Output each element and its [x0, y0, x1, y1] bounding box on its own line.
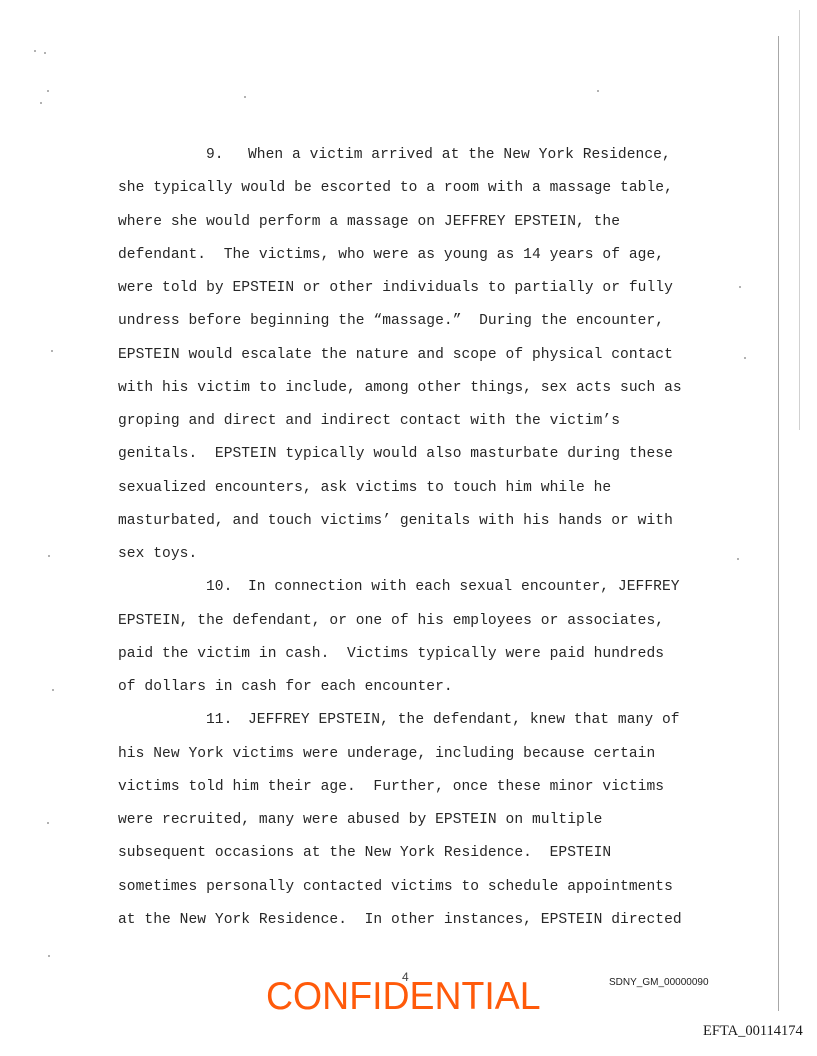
paragraph-number: 10. [206, 571, 248, 604]
paragraph-text: When a victim arrived at the New York Re… [248, 147, 671, 163]
scan-speck [47, 90, 49, 92]
paragraph-number: 9. [206, 139, 248, 172]
scan-margin-line [799, 10, 800, 430]
paragraph-line: sex toys. [118, 538, 758, 571]
scan-speck [51, 350, 53, 352]
paragraph-line: paid the victim in cash. Victims typical… [118, 638, 758, 671]
paragraph-line: sexualized encounters, ask victims to to… [118, 472, 758, 505]
scan-speck [244, 96, 246, 98]
bates-number: SDNY_GM_00000090 [609, 977, 709, 988]
paragraph-line: his New York victims were underage, incl… [118, 738, 758, 771]
paragraph-line: where she would perform a massage on JEF… [118, 206, 758, 239]
paragraph-number: 11. [206, 704, 248, 737]
paragraph-line: subsequent occasions at the New York Res… [118, 837, 758, 870]
paragraph-line: defendant. The victims, who were as youn… [118, 239, 758, 272]
document-page: 9.When a victim arrived at the New York … [0, 0, 817, 1056]
confidential-stamp: CONFIDENTIAL [266, 975, 541, 1019]
paragraph-line: 10.In connection with each sexual encoun… [118, 571, 758, 604]
scan-speck [34, 50, 36, 52]
scan-speck [48, 555, 50, 557]
paragraph-text: JEFFREY EPSTEIN, the defendant, knew tha… [248, 712, 680, 728]
paragraph-line: sometimes personally contacted victims t… [118, 871, 758, 904]
paragraph-line: 9.When a victim arrived at the New York … [118, 139, 758, 172]
paragraph-line: at the New York Residence. In other inst… [118, 904, 758, 937]
paragraph-line: EPSTEIN would escalate the nature and sc… [118, 339, 758, 372]
paragraph-line: masturbated, and touch victims’ genitals… [118, 505, 758, 538]
paragraph-line: were told by EPSTEIN or other individual… [118, 272, 758, 305]
paragraph-line: genitals. EPSTEIN typically would also m… [118, 438, 758, 471]
scan-speck [47, 822, 49, 824]
paragraph-line: 11.JEFFREY EPSTEIN, the defendant, knew … [118, 704, 758, 737]
scan-speck [597, 90, 599, 92]
scan-speck [52, 689, 54, 691]
document-body: 9.When a victim arrived at the New York … [118, 139, 758, 937]
paragraph-line: she typically would be escorted to a roo… [118, 172, 758, 205]
efta-number: EFTA_00114174 [703, 1023, 803, 1040]
scan-speck [40, 102, 42, 104]
paragraph-line: EPSTEIN, the defendant, or one of his em… [118, 605, 758, 638]
scan-speck [44, 52, 46, 54]
paragraph-line: groping and direct and indirect contact … [118, 405, 758, 438]
paragraph-line: undress before beginning the “massage.” … [118, 305, 758, 338]
paragraph-text: In connection with each sexual encounter… [248, 579, 680, 595]
scan-speck [48, 955, 50, 957]
paragraph-line: with his victim to include, among other … [118, 372, 758, 405]
paragraph-line: were recruited, many were abused by EPST… [118, 804, 758, 837]
paragraph-line: of dollars in cash for each encounter. [118, 671, 758, 704]
paragraph-line: victims told him their age. Further, onc… [118, 771, 758, 804]
scan-margin-line [778, 36, 779, 1011]
